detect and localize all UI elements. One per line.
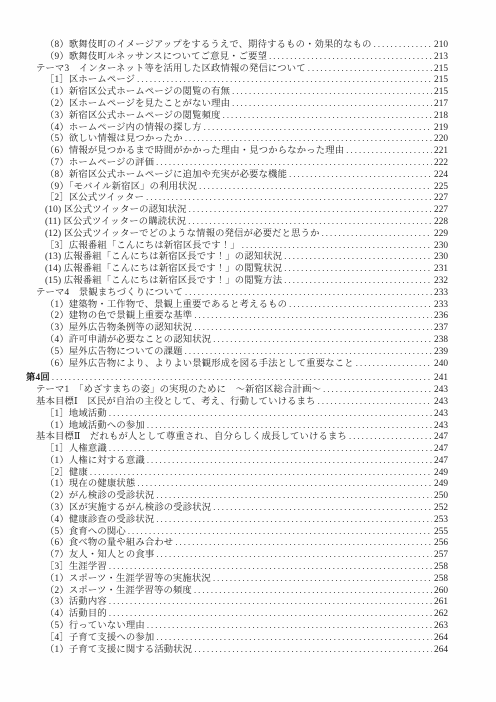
toc-entry-label: (10) 区公式ツイッターの認知状況	[45, 205, 187, 217]
toc-entry-page: 247	[432, 444, 448, 456]
toc-entry-page: 224	[432, 170, 448, 182]
dot-leader	[192, 310, 432, 322]
toc-entry-page: 247	[432, 432, 448, 444]
dot-leader	[135, 478, 432, 490]
toc-entry-page: 264	[432, 633, 448, 645]
toc-entry: テーマ1 「めざすまちの姿」の実現のために ～新宿区総合計画～243	[26, 384, 448, 396]
toc-entry-label: （5）欲しい情報は見つかったか	[45, 134, 183, 146]
toc-entry-page: 213	[432, 52, 448, 64]
toc-entry-label: （2）区ホームページを見たことがない理由	[45, 99, 230, 111]
toc-entry-page: 231	[432, 264, 448, 276]
toc-entry-page: 258	[432, 562, 448, 574]
toc-entry-page: 258	[432, 574, 448, 586]
toc-entry-label: ［1］人権意識	[45, 444, 107, 456]
dot-leader	[344, 145, 432, 157]
toc-entry: テーマ3 インターネット等を活用した区政情報の発信について215	[26, 63, 448, 75]
toc-entry-label: ［1］区ホームページ	[45, 75, 135, 87]
toc-entry-page: 228	[432, 217, 448, 229]
toc-entry: 基本目標Ⅱ だれもが人として尊重され、自分らしく成長していけるまち247	[26, 431, 448, 443]
toc-entry-page: 225	[432, 182, 448, 194]
dot-leader	[347, 431, 432, 443]
toc-entry-label: （4）活動目的	[45, 609, 107, 621]
dot-leader	[282, 251, 432, 263]
toc-entry-label: ［1］地域活動	[45, 409, 107, 421]
toc-entry-page: 233	[432, 288, 448, 300]
dot-leader	[183, 287, 432, 299]
toc-entry-page: 236	[432, 311, 448, 323]
dot-leader	[154, 632, 432, 644]
toc-entry-page: 243	[432, 397, 448, 409]
dot-leader	[321, 384, 432, 396]
dot-leader	[192, 585, 432, 597]
toc-entry: ［3］広報番組「こんにちは新宿区長です！」230	[26, 240, 448, 252]
toc-entry-page: 215	[432, 75, 448, 87]
dot-leader	[211, 573, 432, 585]
dot-leader	[306, 63, 432, 75]
dot-leader	[88, 467, 432, 479]
dot-leader	[126, 526, 432, 538]
dot-leader	[187, 204, 432, 216]
toc-entry-page: 210	[432, 40, 448, 52]
toc-entry-label: （5）食育への関心	[45, 527, 126, 539]
dot-leader	[186, 216, 432, 228]
toc-entry-page: 263	[432, 621, 448, 633]
toc-entry-page: 257	[432, 550, 448, 562]
toc-entry: （2）がん検診の受診状況250	[26, 490, 448, 502]
toc-entry-page: 247	[432, 456, 448, 468]
toc-entry-label: （9）歌舞伎町ルネッサンスについてご意見・ご要望	[45, 52, 267, 64]
toc-entry-label: （4）ホームページ内の情報の探し方	[45, 123, 202, 135]
dot-leader	[282, 263, 432, 275]
toc-entry: （4）ホームページ内の情報の探し方219	[26, 122, 448, 134]
toc-entry-label: テーマ4 景観まちづくりについて	[36, 288, 183, 300]
toc-entry-label: テーマ1 「めざすまちの姿」の実現のために ～新宿区総合計画～	[36, 385, 321, 397]
toc-entry-page: 230	[432, 252, 448, 264]
toc-entry-page: 237	[432, 323, 448, 335]
dot-leader	[202, 122, 432, 134]
toc-entry: 基本目標Ⅰ 区民が自治の主役として、考え、行動していけるまち243	[26, 396, 448, 408]
toc-entry-page: 240	[432, 359, 448, 371]
toc-entry-label: （1）新宿区公式ホームページの閲覧の有無	[45, 87, 230, 99]
toc-entry-page: 232	[432, 276, 448, 288]
toc-entry-page: 256	[432, 538, 448, 550]
dot-leader	[230, 98, 432, 110]
toc-entry: （8）新宿区公式ホームページに追加や充実が必要な機能224	[26, 169, 448, 181]
dot-leader	[183, 133, 432, 145]
toc-entry-label: （1）子育て支援に関する活動状況	[45, 645, 192, 657]
toc-entry-page: 239	[432, 347, 448, 359]
dot-leader	[316, 396, 432, 408]
dot-leader	[154, 490, 432, 502]
toc-entry: （6）食べ物の量や組み合わせ256	[26, 537, 448, 549]
dot-leader	[107, 408, 432, 420]
toc-entry-label: （2）建物の色で景観上重要な基準	[45, 311, 192, 323]
dot-leader	[197, 181, 432, 193]
toc-entry-page: 230	[432, 241, 448, 253]
dot-leader	[173, 537, 432, 549]
toc-entry-label: ［2］区公式ツイッター	[45, 193, 144, 205]
toc-entry: テーマ4 景観まちづくりについて233	[26, 287, 448, 299]
toc-entry-page: 264	[432, 645, 448, 657]
toc-entry: ［4］子育て支援への参加264	[26, 632, 448, 644]
toc-entry: （6）情報が見つかるまで時間がかかった理由・見つからなかった理由221	[26, 145, 448, 157]
toc-entry-page: 221	[432, 146, 448, 158]
toc-entry-label: ［2］健康	[45, 468, 88, 480]
toc-entry: (12) 区公式ツイッターでどのような情報の発信が必要だと思うか229	[26, 228, 448, 240]
dot-leader	[211, 334, 432, 346]
dot-leader	[107, 443, 432, 455]
toc-entry-label: ［4］子育て支援への参加	[45, 633, 154, 645]
toc-entry: （3）区が実施するがん検診の受診状況252	[26, 502, 448, 514]
dot-leader	[230, 86, 432, 98]
toc-entry-label: (11) 区公式ツイッターの購読状況	[45, 217, 186, 229]
dot-leader	[145, 455, 432, 467]
toc-entry: （2）建物の色で景観上重要な基準236	[26, 310, 448, 322]
toc-entry: （9）歌舞伎町ルネッサンスについてご意見・ご要望213	[26, 51, 448, 63]
dot-leader	[287, 299, 432, 311]
toc-entry: ［1］人権意識247	[26, 443, 448, 455]
toc-entry: （4）活動目的262	[26, 608, 448, 620]
dot-leader	[320, 228, 432, 240]
toc-entry: ［2］健康249	[26, 467, 448, 479]
dot-leader	[154, 157, 432, 169]
toc-entry: （1）現在の健康状態249	[26, 478, 448, 490]
toc-entry-page: 253	[432, 515, 448, 527]
toc-entry-page: 215	[432, 64, 448, 76]
toc-entry: ［3］生涯学習258	[26, 561, 448, 573]
toc-entry-page: 241	[432, 373, 448, 385]
table-of-contents: （8）歌舞伎町のイメージアップをするうえで、期待するもの・効果的なもの210（9…	[26, 39, 448, 655]
toc-entry: （8）歌舞伎町のイメージアップをするうえで、期待するもの・効果的なもの210	[26, 39, 448, 51]
toc-entry-page: 243	[432, 409, 448, 421]
dot-leader	[192, 644, 432, 656]
dot-leader	[154, 549, 432, 561]
toc-entry-page: 249	[432, 479, 448, 491]
dot-leader	[192, 322, 432, 334]
toc-entry-page: 255	[432, 527, 448, 539]
dot-leader	[107, 561, 432, 573]
toc-entry: （7）ホームページの評価222	[26, 157, 448, 169]
dot-leader	[221, 110, 432, 122]
toc-entry-page: 220	[432, 134, 448, 146]
dot-leader	[154, 514, 432, 526]
toc-entry: ［2］区公式ツイッター227	[26, 192, 448, 204]
toc-entry-label: （1）現在の健康状態	[45, 479, 135, 491]
toc-entry: (14) 広報番組「こんにちは新宿区長です！」の閲覧状況231	[26, 263, 448, 275]
document-page: （8）歌舞伎町のイメージアップをするうえで、期待するもの・効果的なもの210（9…	[0, 0, 496, 702]
toc-entry-page: 227	[432, 205, 448, 217]
toc-entry: ［1］区ホームページ215	[26, 74, 448, 86]
toc-entry-label: 第4回	[26, 373, 50, 385]
toc-entry-label: ［3］広報番組「こんにちは新宿区長です！」	[45, 241, 240, 253]
toc-entry-label: (13) 広報番組「こんにちは新宿区長です！」の認知状況	[45, 252, 282, 264]
toc-entry: （4）許可申請が必要なことの認知状況238	[26, 334, 448, 346]
toc-entry-page: 215	[432, 87, 448, 99]
toc-entry: （9）「モバイル新宿区」の利用状況225	[26, 181, 448, 193]
toc-entry: （5）行っていない理由263	[26, 620, 448, 632]
toc-entry-page: 229	[432, 229, 448, 241]
toc-entry: (10) 区公式ツイッターの認知状況227	[26, 204, 448, 216]
dot-leader	[135, 74, 432, 86]
toc-entry: （1）地域活動への参加243	[26, 420, 448, 432]
toc-entry-label: ［3］生涯学習	[45, 562, 107, 574]
toc-entry: （1）新宿区公式ホームページの閲覧の有無215	[26, 86, 448, 98]
toc-entry-label: （3）屋外広告物条例等の認知状況	[45, 323, 192, 335]
toc-entry: （7）友人・知人との食事257	[26, 549, 448, 561]
toc-entry: （3）屋外広告物条例等の認知状況237	[26, 322, 448, 334]
toc-entry-page: 219	[432, 123, 448, 135]
dot-leader	[144, 192, 432, 204]
toc-entry-label: （5）屋外広告物についての課題	[45, 347, 183, 359]
toc-entry: （5）欲しい情報は見つかったか220	[26, 133, 448, 145]
toc-entry-page: 243	[432, 385, 448, 397]
toc-entry: (11) 区公式ツイッターの購読状況228	[26, 216, 448, 228]
toc-entry-page: 218	[432, 111, 448, 123]
toc-entry-label: （3）活動内容	[45, 597, 107, 609]
toc-entry: （2）スポーツ・生涯学習等の頻度260	[26, 585, 448, 597]
toc-entry-label: （5）行っていない理由	[45, 621, 145, 633]
toc-entry: （6）屋外広告物により、よりよい景観形成を図る手法として重要なこと240	[26, 358, 448, 370]
toc-entry: （3）活動内容261	[26, 596, 448, 608]
toc-entry: （3）新宿区公式ホームページの閲覧頻度218	[26, 110, 448, 122]
dot-leader	[145, 420, 432, 432]
toc-entry: （1）子育て支援に関する活動状況264	[26, 644, 448, 656]
dot-leader	[107, 596, 432, 608]
toc-entry: (13) 広報番組「こんにちは新宿区長です！」の認知状況230	[26, 251, 448, 263]
dot-leader	[50, 372, 432, 384]
toc-entry: ［1］地域活動243	[26, 408, 448, 420]
dot-leader	[211, 502, 432, 514]
dot-leader	[267, 51, 432, 63]
dot-leader	[354, 358, 432, 370]
dot-leader	[372, 39, 432, 51]
dot-leader	[145, 620, 432, 632]
toc-entry-page: 252	[432, 503, 448, 515]
toc-entry-page: 262	[432, 609, 448, 621]
dot-leader	[282, 275, 432, 287]
toc-entry: （1）建築物・工作物で、景観上重要であると考えるもの233	[26, 299, 448, 311]
toc-entry-label: （2）がん検診の受診状況	[45, 491, 154, 503]
toc-entry-page: 243	[432, 421, 448, 433]
dot-leader	[240, 240, 432, 252]
toc-entry: 第4回241	[26, 372, 448, 384]
toc-entry: （5）屋外広告物についての課題239	[26, 346, 448, 358]
toc-entry: （2）区ホームページを見たことがない理由217	[26, 98, 448, 110]
toc-entry-page: 260	[432, 586, 448, 598]
toc-entry-label: （6）屋外広告物により、よりよい景観形成を図る手法として重要なこと	[45, 359, 354, 371]
toc-entry-page: 238	[432, 335, 448, 347]
toc-entry-page: 249	[432, 468, 448, 480]
dot-leader	[287, 169, 432, 181]
dot-leader	[107, 608, 432, 620]
dot-leader	[183, 346, 432, 358]
toc-entry-page: 227	[432, 193, 448, 205]
toc-entry: （1）スポーツ・生涯学習等の実施状況258	[26, 573, 448, 585]
toc-entry: （1）人権に対する意識247	[26, 455, 448, 467]
toc-entry: （4）健康診査の受診状況253	[26, 514, 448, 526]
toc-entry-page: 233	[432, 300, 448, 312]
toc-entry-label: （3）新宿区公式ホームページの閲覧頻度	[45, 111, 221, 123]
toc-entry-label: （7）ホームページの評価	[45, 158, 154, 170]
toc-entry-page: 222	[432, 158, 448, 170]
toc-entry-page: 261	[432, 597, 448, 609]
toc-entry: (15) 広報番組「こんにちは新宿区長です！」の閲覧方法232	[26, 275, 448, 287]
toc-entry-label: （1）地域活動への参加	[45, 421, 145, 433]
toc-entry-label: (14) 広報番組「こんにちは新宿区長です！」の閲覧状況	[45, 264, 282, 276]
toc-entry-page: 250	[432, 491, 448, 503]
toc-entry-page: 217	[432, 99, 448, 111]
toc-entry: （5）食育への関心255	[26, 526, 448, 538]
toc-entry-label: （1）スポーツ・生涯学習等の実施状況	[45, 574, 211, 586]
